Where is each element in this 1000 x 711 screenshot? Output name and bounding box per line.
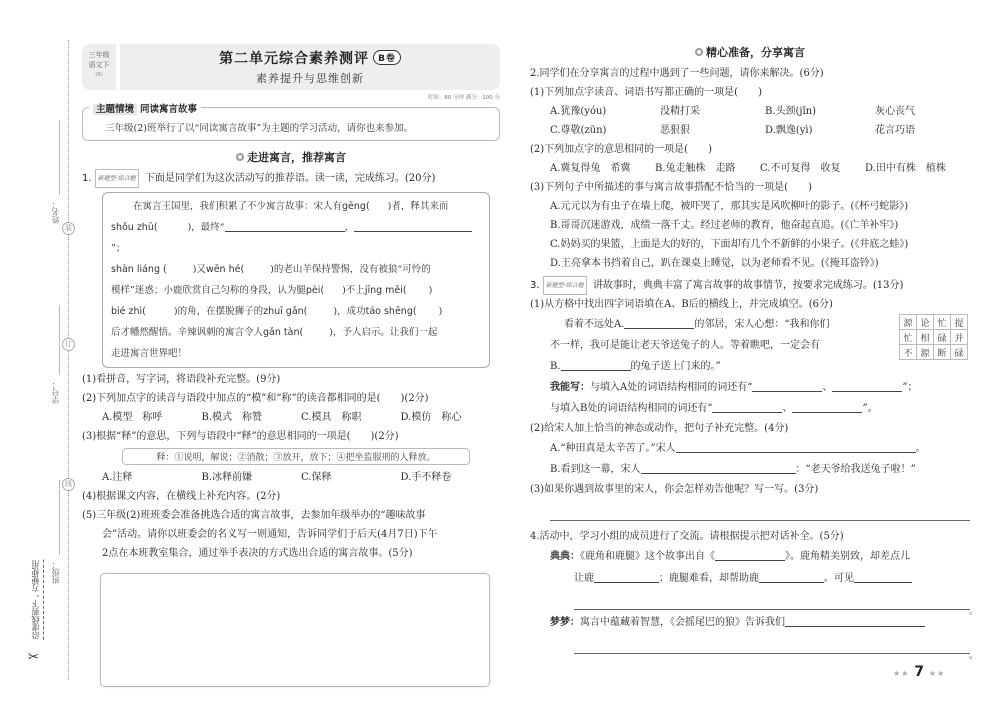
- dialog-text: 。可见: [824, 573, 854, 584]
- q2-sub2: (2)下列加点字的意思相同的一项是( ): [530, 140, 970, 159]
- name-field-line[interactable]: [59, 120, 60, 195]
- option-d[interactable]: D.王亮拿本书挡着自己，趴在课桌上睡觉，以为老师看不见。(《掩耳盗铃》): [530, 254, 970, 273]
- student-id-field-label: 学号：: [50, 380, 61, 404]
- right-page: 精心准备，分享寓言 2.同学们在分享寓言的过程中遇到了一些问题，请你来解决。(6…: [530, 44, 970, 654]
- grid-cell: 不: [900, 345, 917, 360]
- q1-sub3: (3)根据“释”的意思，下列与语段中“释”的意思相同的一项是( )(2分): [82, 427, 500, 446]
- option-b[interactable]: B.模式 称赞: [202, 408, 302, 427]
- class-field-line[interactable]: [59, 480, 60, 555]
- binding-mark-icon: 订: [62, 338, 75, 351]
- pinyin: bié zhì(: [111, 306, 146, 317]
- pinyin: zhuī gǎn(: [263, 306, 307, 317]
- answer-line-a[interactable]: [624, 328, 694, 329]
- grid-cell: 碌: [951, 345, 968, 360]
- answer-line[interactable]: [785, 626, 925, 627]
- passage-text: )者，释其来而: [388, 201, 449, 212]
- option-b-word: 灰心丧气: [875, 102, 975, 121]
- star-icon: ★★: [893, 669, 909, 678]
- answer-line[interactable]: [832, 391, 902, 392]
- page-title: 第二单元综合素养测评B卷: [120, 48, 500, 68]
- q3-sub1: (1)从方格中找出四字词语填在A、B后的横线上，并完成填空。(6分): [530, 295, 970, 314]
- answer-line[interactable]: [752, 391, 822, 392]
- option-a[interactable]: A.犹豫(yóu): [550, 102, 660, 121]
- answer-line[interactable]: [574, 634, 970, 654]
- pinyin: gǎn tàn(: [263, 327, 303, 338]
- pinyin: wēn hé(: [206, 264, 244, 275]
- question-4: 4.活动中，学习小组的成员进行了交流。请根据提示把对话补全。(5分): [530, 527, 970, 546]
- answer-line[interactable]: [354, 231, 472, 232]
- grid-cell: 源: [900, 315, 917, 330]
- fill-text: B.: [550, 361, 561, 372]
- passage-text: ，: [345, 222, 355, 233]
- ring-icon: [236, 153, 244, 161]
- option-c[interactable]: C.妈妈买的果篮，上面是大的好的，下面却有几个不新鲜的小果子。(《井底之蛙》): [530, 235, 970, 254]
- q1-sub4: (4)根据课文内容，在横线上补充内容。(2分): [82, 487, 500, 506]
- dialog-text: 《鹿角和鹿腿》这个故事出自《: [580, 551, 715, 562]
- grid-cell: 忙: [934, 315, 951, 330]
- fill-text: 与填入B处的词语结构相同的词还有“: [550, 403, 712, 414]
- question-type-badge: 新题型·综合题: [543, 276, 587, 295]
- title-text: 第二单元综合素养测评: [219, 51, 369, 67]
- option-a-word: 没精打采: [660, 102, 765, 121]
- speaker-label: 典典：: [550, 551, 580, 562]
- class-field-label: 班级：: [50, 560, 61, 584]
- option-c[interactable]: C.保释: [301, 468, 401, 487]
- answer-line[interactable]: [715, 560, 785, 561]
- option-d[interactable]: D.田中有株 植株: [865, 159, 970, 178]
- passage-text: )，最终“: [188, 222, 225, 233]
- passage-text: )，予人启示。让我们一起: [329, 327, 437, 338]
- page-number-text: 7: [914, 664, 924, 680]
- question-type-badge: 新题型·综合题: [95, 169, 139, 188]
- pinyin: táo shēng(: [366, 306, 417, 317]
- grade-label: 三年级: [82, 50, 116, 60]
- grid-cell: 并: [951, 330, 968, 345]
- fill-text: A.“种田真是太辛苦了。”宋人: [550, 443, 676, 454]
- section-heading-text: 精心准备，分享寓言: [706, 46, 805, 59]
- passage-text: )的老山羊保持警惕，没有被狼“可怜的: [270, 264, 431, 275]
- option-d[interactable]: D.模仿 称心: [401, 408, 501, 427]
- pinyin: gēng(: [342, 201, 370, 212]
- dialog-text: 寓言中蕴藏着智慧，《会摇尾巴的狼》告诉我们: [580, 617, 785, 628]
- option-c-word: 恶狠狠: [660, 121, 765, 140]
- option-a[interactable]: A.元元以为有虫子在墙上爬，被吓哭了，那其实是风吹柳叶的影子。(《杯弓蛇影》): [530, 197, 970, 216]
- answer-line[interactable]: [594, 582, 659, 583]
- star-icon: ★★: [929, 669, 945, 678]
- question-stem: 下面是同学们为这次活动写的推荐语。读一读，完成练习。(20分): [145, 173, 436, 184]
- fill-text: 的邻居，宋人心想：“我和你们: [694, 319, 829, 330]
- passage-text: )不上: [342, 285, 365, 296]
- binding-strip: 姓名： 学号： 班级： 装 订 线 沿虚线剪下 , 方便使用 ✂: [0, 0, 78, 711]
- q3-sub2: (2)给宋人加上恰当的神态或动作，把句子补充完整。(4分): [530, 419, 970, 438]
- q1-sub2: (2)下列加点字的读音与语段中加点的“模”和“称”的读音都相同的是( )(2分): [82, 389, 500, 408]
- option-b[interactable]: B.头颈(jǐn): [765, 102, 875, 121]
- paper-version-badge: B卷: [373, 50, 401, 65]
- q2-sub1-options: A.犹豫(yóu) 没精打采 B.头颈(jǐn) 灰心丧气 C.尊敬(zūn) …: [530, 102, 970, 140]
- theme-title: 同读寓言故事: [140, 104, 197, 115]
- question-2: 2.同学们在分享寓言的过程中遇到了一些问题，请你来解决。(6分): [530, 64, 970, 83]
- option-a[interactable]: A.模型 称呼: [102, 408, 202, 427]
- left-page: 三年级 语文下 (R) 第二单元综合素养测评B卷 素养提升与思维创新 时间：80…: [82, 44, 500, 687]
- option-c[interactable]: C.模具 称职: [301, 408, 401, 427]
- fill-text: 看着不远处A.: [564, 319, 624, 330]
- grid-cell: 论: [917, 315, 934, 330]
- q1-sub5-line: 会”活动。请你以班委会的名义写一则通知，告诉同学们于后天(4月7日)下午: [82, 525, 500, 544]
- ring-icon: [695, 48, 703, 56]
- grade-info: 三年级 语文下 (R): [82, 44, 116, 90]
- subject-label: 语文下: [82, 60, 116, 70]
- q2-sub2-options: A.冀复得兔 希冀 B.兔走触株 走路 C.不可复得 收复 D.田中有株 植株: [530, 159, 970, 178]
- dialog-text: 》。鹿角精美别致，却差点儿: [785, 551, 910, 562]
- can-write-line-b: 与填入B处的词语结构相同的词还有“、”。: [530, 398, 970, 419]
- answer-line[interactable]: [676, 452, 916, 453]
- option-b[interactable]: B.哥哥沉迷游戏，成绩一落千丈。经过老师的教育，他奋起直追。(《亡羊补牢》): [530, 216, 970, 235]
- q3-sub2-a: A.“种田真是太辛苦了。”宋人。: [530, 438, 970, 459]
- option-d[interactable]: D.飘逸(yì): [765, 121, 875, 140]
- grid-cell: 忙: [900, 330, 917, 345]
- recommendation-passage: 在寓言王国里，我们积累了不少寓言故事：宋人有gēng()者，释其来而 shǒu …: [102, 192, 490, 368]
- option-c[interactable]: C.不可复得 收复: [760, 159, 865, 178]
- theme-heading: 主题情境同读寓言故事: [89, 101, 201, 115]
- dialog-mengmeng: 梦梦：寓言中蕴藏着智慧，《会摇尾巴的狼》告诉我们: [530, 612, 970, 634]
- answer-line[interactable]: [792, 412, 862, 413]
- edition-label: (R): [82, 70, 116, 80]
- option-d[interactable]: D.手不释卷: [401, 468, 501, 487]
- passage-text: 模样”迷惑；小鹿欣赏自己匀称的身段，认为腿: [111, 285, 306, 296]
- fill-text: 的兔子送上门来的。”: [631, 361, 721, 372]
- dialog-diandian-cont: 让鹿；鹿腿难看，却帮助鹿。可见: [530, 568, 970, 590]
- time-score-info: 时间：80 分钟 满分：100 分: [82, 93, 500, 101]
- q1-sub5: (5)三年级(2)班班委会准备挑选合适的寓言故事，去参加年级举办的“趣味故事 会…: [82, 506, 500, 563]
- answer-line[interactable]: [641, 473, 796, 474]
- pinyin: shàn liáng (: [111, 264, 167, 275]
- q3-sub2-b: B.看到这一幕，宋人：“老天爷给我送兔子啦！”: [530, 459, 970, 480]
- section-heading-2: 精心准备，分享寓言: [530, 44, 970, 60]
- definition-box: 释：①说明，解说；②消散；③放开，放下；④把坐监服刑的人释放。: [122, 448, 470, 465]
- option-a[interactable]: A.注释: [102, 468, 202, 487]
- answer-line[interactable]: [854, 582, 912, 583]
- grid-cell: 源: [917, 345, 934, 360]
- fill-text: 与填入A处的词语结构相同的词还有“: [590, 382, 752, 393]
- q1-sub1: (1)看拼音，写字词，将语段补充完整。(9分): [82, 370, 500, 389]
- fill-text: B.看到这一幕，宋人: [550, 464, 641, 475]
- passage-text: ): [429, 285, 433, 296]
- pinyin: pèi(: [306, 285, 324, 296]
- question-3: 3. 新题型·综合题 讲故事时，典典丰富了寓言故事的故事情节，按要求完成练习。(…: [530, 276, 970, 295]
- q1-sub2-options: A.模型 称呼 B.模式 称赞 C.模具 称职 D.模仿 称心: [82, 408, 500, 427]
- passage-text: )，成功: [333, 306, 365, 317]
- fold-line: [68, 40, 69, 680]
- q1-sub5-line: (5)三年级(2)班班委会准备挑选合适的寓言故事，去参加年级举办的“趣味故事: [82, 506, 500, 525]
- passage-text: )的角，在摆脱狮子的: [174, 306, 263, 317]
- page-number: ★★ 7 ★★: [893, 664, 945, 680]
- option-b[interactable]: B.兔走触株 走路: [655, 159, 760, 178]
- option-a[interactable]: A.冀复得兔 希冀: [550, 159, 655, 178]
- notice-writing-box[interactable]: [100, 573, 490, 687]
- theme-text: 三年级(2)班举行了以“同读寓言故事”为主题的学习活动，请你也来参加。: [93, 120, 489, 134]
- question-stem: 讲故事时，典典丰富了寓言故事的故事情节，按要求完成练习。(13分): [593, 280, 904, 291]
- binding-mark-icon: 线: [62, 478, 75, 491]
- question-1: 1. 新题型·综合题 下面是同学们为这次活动写的推荐语。读一读，完成练习。(20…: [82, 169, 500, 188]
- answer-line[interactable]: [712, 412, 782, 413]
- option-b[interactable]: B.冰释前嫌: [202, 468, 302, 487]
- binding-mark-icon: 装: [62, 222, 75, 235]
- dialog-text: ；鹿腿难看，却帮助鹿: [659, 573, 759, 584]
- can-write-line-a: 我能写：与填入A处的词语结构相同的词还有“、”；: [530, 377, 970, 398]
- dialog-text: 让鹿: [574, 573, 594, 584]
- passage-text: 后才幡然醒悟。辛辣讽刺的寓言令人: [111, 327, 263, 338]
- answer-line[interactable]: [574, 590, 970, 610]
- grid-cell: 断: [934, 345, 951, 360]
- passage-text: ): [439, 306, 443, 317]
- fill-text: ：“老天爷给我送兔子啦！”: [796, 464, 916, 475]
- pinyin: shǒu zhū(: [111, 222, 158, 233]
- q2-sub3: (3)下列句子中所描述的事与寓言故事搭配不恰当的一项是( ): [530, 178, 970, 197]
- q2-sub1: (1)下列加点字读音、词语书写都正确的一项是( ): [530, 83, 970, 102]
- grid-cell: 提: [951, 315, 968, 330]
- pinyin: jīng měi(: [365, 285, 407, 296]
- question-number: 1.: [82, 173, 92, 184]
- dialog-diandian: 典典：《鹿角和鹿腿》这个故事出自《》。鹿角精美别致，却差点儿: [530, 546, 970, 568]
- q1-sub3-options: A.注释 B.冰释前嫌 C.保释 D.手不释卷: [82, 468, 500, 487]
- scissors-icon: ✂: [28, 650, 39, 665]
- option-d-word: 花言巧语: [875, 121, 975, 140]
- passage-text: )又: [193, 264, 206, 275]
- option-c[interactable]: C.尊敬(zūn): [550, 121, 660, 140]
- passage-text: ”；: [111, 243, 125, 254]
- can-write-label: 我能写：: [550, 382, 590, 393]
- passage-text: 在寓言王国里，我们积累了不少寓言故事：宋人有: [133, 201, 342, 212]
- title-banner: 第二单元综合素养测评B卷 素养提升与思维创新: [120, 44, 500, 90]
- character-grid: 源论忙提 忙相碌并 不源断碌: [899, 314, 968, 360]
- page-header: 三年级 语文下 (R) 第二单元综合素养测评B卷 素养提升与思维创新: [82, 44, 500, 90]
- name-field-label: 姓名：: [50, 200, 61, 224]
- section-heading-1: 走进寓言，推荐寓言: [82, 149, 500, 165]
- speaker-label: 梦梦：: [550, 617, 580, 628]
- q1-sub5-line: 2点在本班教室集合，通过举手表决的方式选出合适的寓言故事。(5分): [82, 544, 500, 563]
- theme-tag: 主题情境: [93, 104, 137, 115]
- section-heading-text: 走进寓言，推荐寓言: [247, 151, 346, 164]
- cut-instruction: 沿虚线剪下 , 方便使用: [30, 560, 44, 640]
- passage-text: 走进寓言世界吧！: [111, 343, 481, 364]
- page-subtitle: 素养提升与思维创新: [120, 70, 500, 86]
- answer-line[interactable]: [225, 231, 345, 232]
- theme-context-box: 主题情境同读寓言故事 三年级(2)班举行了以“同读寓言故事”为主题的学习活动，请…: [82, 107, 500, 141]
- answer-line[interactable]: [759, 582, 824, 583]
- answer-line[interactable]: [550, 499, 970, 521]
- q3-sub3: (3)如果你遇到故事里的宋人，你会怎样劝告他呢？写一写。(3分): [530, 480, 970, 499]
- answer-line-b[interactable]: [561, 370, 631, 371]
- student-id-field-line[interactable]: [59, 305, 60, 375]
- question-number: 3.: [530, 280, 540, 291]
- grid-cell: 碌: [934, 330, 951, 345]
- grid-cell: 相: [917, 330, 934, 345]
